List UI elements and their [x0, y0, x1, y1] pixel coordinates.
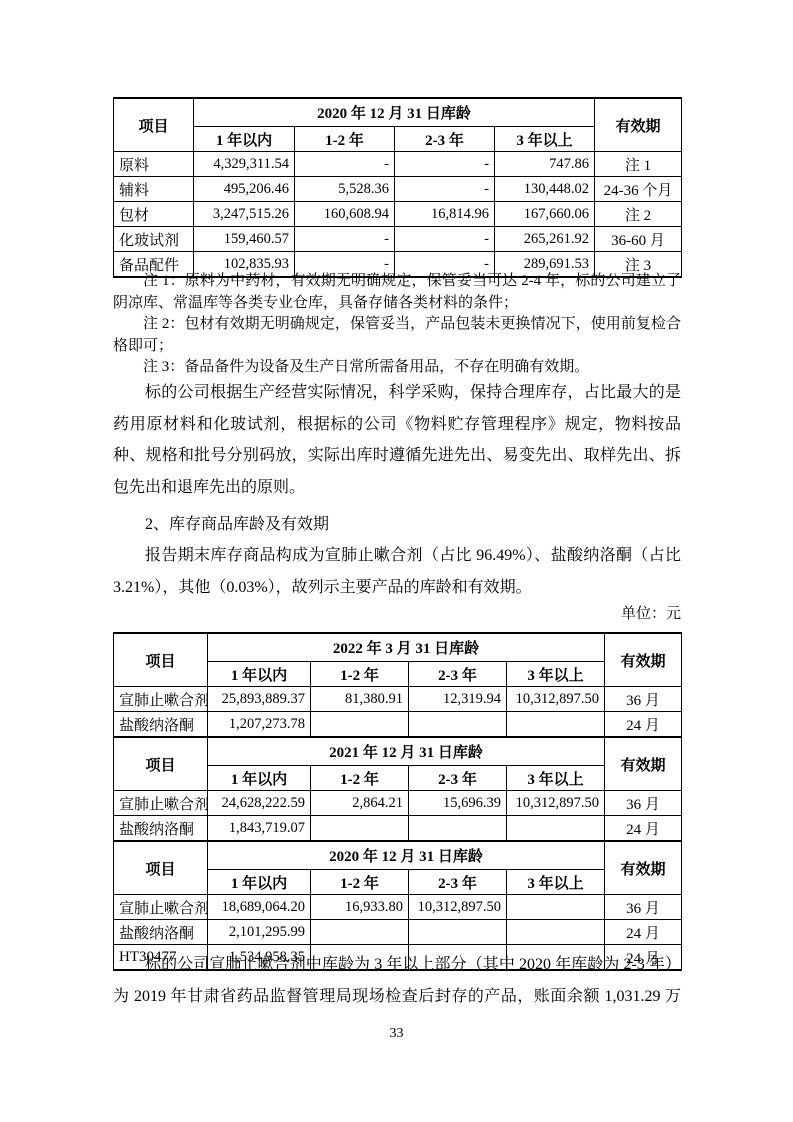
col-header-2-3y: 2-3 年 [409, 766, 507, 791]
amount-cell: 10,312,897.50 [409, 895, 507, 920]
amount-cell: - [295, 152, 395, 177]
row-label: 盐酸纳洛酮 [114, 816, 208, 842]
section-header-row: 项目 2022 年 3 月 31 日库龄 有效期 [114, 633, 682, 662]
page-number: 33 [0, 1026, 793, 1042]
amount-cell: 3,247,515.26 [194, 202, 295, 227]
amount-cell: 2,101,295.99 [208, 920, 311, 945]
amount-cell: 1,207,273.78 [208, 712, 311, 738]
section-heading: 2、库存商品库龄及有效期 [113, 511, 681, 534]
amount-cell: - [395, 177, 495, 202]
table-row: 盐酸纳洛酮 2,101,295.99 24 月 [114, 920, 682, 945]
amount-cell [311, 712, 409, 738]
col-header-age-title: 2020 年 12 月 31 日库龄 [194, 98, 595, 127]
table-row: 盐酸纳洛酮 1,843,719.07 24 月 [114, 816, 682, 842]
section-header-row: 项目 2020 年 12 月 31 日库龄 有效期 [114, 841, 682, 870]
row-label: 宣肺止嗽合剂 [114, 791, 208, 816]
amount-cell [311, 816, 409, 842]
amount-cell: - [395, 227, 495, 252]
col-header-item: 项目 [114, 633, 208, 687]
amount-cell: 25,893,889.37 [208, 687, 311, 712]
products-age-table: 项目 2022 年 3 月 31 日库龄 有效期 1 年以内 1-2 年 2-3… [113, 632, 682, 971]
validity-cell: 24 月 [605, 712, 682, 738]
amount-cell: 159,460.57 [194, 227, 295, 252]
validity-cell: 注 1 [595, 152, 682, 177]
table-row: 原料 4,329,311.54 - - 747.86 注 1 [114, 152, 682, 177]
amount-cell [409, 816, 507, 842]
note-3: 注 3：备品备件为设备及生产日常所需备用品，不存在明确有效期。 [113, 357, 681, 379]
amount-cell: 16,933.80 [311, 895, 409, 920]
paragraph-sealed-products: 标的公司宣肺止嗽合剂中库龄为 3 年以上部分（其中 2020 年库龄为 2-3 … [113, 949, 681, 1012]
materials-age-table: 项目 2020 年 12 月 31 日库龄 有效期 1 年以内 1-2 年 2-… [113, 97, 682, 278]
validity-cell: 36 月 [605, 895, 682, 920]
amount-cell: 10,312,897.50 [507, 687, 605, 712]
amount-cell [409, 920, 507, 945]
validity-cell: 36 月 [605, 687, 682, 712]
col-header-item: 项目 [114, 98, 194, 152]
validity-cell: 24-36 个月 [595, 177, 682, 202]
note-2: 注 2：包材有效期无明确规定，保管妥当，产品包装未更换情况下，使用前复检合格即可… [113, 314, 681, 357]
col-header-over-3y: 3 年以上 [507, 766, 605, 791]
table-row: 包材 3,247,515.26 160,608.94 16,814.96 167… [114, 202, 682, 227]
paragraph-composition: 报告期末库存商品构成为宣肺止嗽合剂（占比 96.49%）、盐酸纳洛酮（占比 3.… [113, 540, 681, 603]
amount-cell: 167,660.06 [495, 202, 595, 227]
col-header-1-2y: 1-2 年 [311, 766, 409, 791]
paragraph-sealed-products-wrap: 标的公司宣肺止嗽合剂中库龄为 3 年以上部分（其中 2020 年库龄为 2-3 … [113, 949, 681, 1012]
materials-age-table-wrap: 项目 2020 年 12 月 31 日库龄 有效期 1 年以内 1-2 年 2-… [113, 97, 681, 278]
validity-cell: 24 月 [605, 920, 682, 945]
amount-cell [311, 920, 409, 945]
col-header-validity: 有效期 [605, 633, 682, 687]
table-row: 宣肺止嗽合剂 18,689,064.20 16,933.80 10,312,89… [114, 895, 682, 920]
amount-cell: 1,843,719.07 [208, 816, 311, 842]
row-label: 盐酸纳洛酮 [114, 712, 208, 738]
row-label: 化玻试剂 [114, 227, 194, 252]
amount-cell: - [295, 227, 395, 252]
col-header-1-2y: 1-2 年 [311, 870, 409, 895]
amount-cell: 160,608.94 [295, 202, 395, 227]
col-header-item: 项目 [114, 737, 208, 791]
row-label: 盐酸纳洛酮 [114, 920, 208, 945]
validity-cell: 注 2 [595, 202, 682, 227]
col-header-over-3y: 3 年以上 [507, 662, 605, 687]
validity-cell: 24 月 [605, 816, 682, 842]
amount-cell: 16,814.96 [395, 202, 495, 227]
validity-cell: 36-60 月 [595, 227, 682, 252]
amount-cell: 12,319.94 [409, 687, 507, 712]
amount-cell: 5,528.36 [295, 177, 395, 202]
paragraph-storage-policy-wrap: 标的公司根据生产经营实际情况，科学采购，保持合理库存，占比最大的是药用原材料和化… [113, 377, 681, 503]
section-title-2020: 2020 年 12 月 31 日库龄 [208, 841, 605, 870]
paragraph-composition-wrap: 报告期末库存商品构成为宣肺止嗽合剂（占比 96.49%）、盐酸纳洛酮（占比 3.… [113, 540, 681, 603]
document-page: 项目 2020 年 12 月 31 日库龄 有效期 1 年以内 1-2 年 2-… [0, 0, 793, 1122]
amount-cell: 81,380.91 [311, 687, 409, 712]
row-label: 宣肺止嗽合剂 [114, 895, 208, 920]
col-header-2-3y: 2-3 年 [395, 127, 495, 152]
col-header-2-3y: 2-3 年 [409, 870, 507, 895]
section-title-2021: 2021 年 12 月 31 日库龄 [208, 737, 605, 766]
amount-cell: - [395, 152, 495, 177]
col-header-under-1y: 1 年以内 [208, 766, 311, 791]
col-header-under-1y: 1 年以内 [208, 662, 311, 687]
table-row: 宣肺止嗽合剂 24,628,222.59 2,864.21 15,696.39 … [114, 791, 682, 816]
amount-cell: 24,628,222.59 [208, 791, 311, 816]
amount-cell: 2,864.21 [311, 791, 409, 816]
row-label: 辅料 [114, 177, 194, 202]
amount-cell [507, 816, 605, 842]
col-header-over-3y: 3 年以上 [507, 870, 605, 895]
amount-cell: 15,696.39 [409, 791, 507, 816]
amount-cell: 747.86 [495, 152, 595, 177]
amount-cell [507, 920, 605, 945]
amount-cell: 4,329,311.54 [194, 152, 295, 177]
table-header-row: 项目 2020 年 12 月 31 日库龄 有效期 [114, 98, 682, 127]
table-notes: 注 1：原料为中药材，有效期无明确规定，保管妥当可达 2-4 年，标的公司建立了… [113, 271, 681, 379]
unit-label: 单位：元 [113, 602, 681, 623]
col-header-under-1y: 1 年以内 [194, 127, 295, 152]
col-header-validity: 有效期 [605, 841, 682, 895]
products-age-table-wrap: 项目 2022 年 3 月 31 日库龄 有效期 1 年以内 1-2 年 2-3… [113, 632, 681, 971]
amount-cell: 130,448.02 [495, 177, 595, 202]
table-row: 宣肺止嗽合剂 25,893,889.37 81,380.91 12,319.94… [114, 687, 682, 712]
col-header-validity: 有效期 [595, 98, 682, 152]
row-label: 原料 [114, 152, 194, 177]
amount-cell [409, 712, 507, 738]
row-label: 包材 [114, 202, 194, 227]
section-heading-wrap: 2、库存商品库龄及有效期 [113, 511, 681, 534]
col-header-item: 项目 [114, 841, 208, 895]
col-header-1-2y: 1-2 年 [311, 662, 409, 687]
section-title-2022: 2022 年 3 月 31 日库龄 [208, 633, 605, 662]
table-row: 盐酸纳洛酮 1,207,273.78 24 月 [114, 712, 682, 738]
table-row: 辅料 495,206.46 5,528.36 - 130,448.02 24-3… [114, 177, 682, 202]
amount-cell: 495,206.46 [194, 177, 295, 202]
amount-cell: 18,689,064.20 [208, 895, 311, 920]
section-header-row: 项目 2021 年 12 月 31 日库龄 有效期 [114, 737, 682, 766]
amount-cell: 265,261.92 [495, 227, 595, 252]
validity-cell: 36 月 [605, 791, 682, 816]
row-label: 宣肺止嗽合剂 [114, 687, 208, 712]
paragraph-storage-policy: 标的公司根据生产经营实际情况，科学采购，保持合理库存，占比最大的是药用原材料和化… [113, 377, 681, 503]
table-row: 化玻试剂 159,460.57 - - 265,261.92 36-60 月 [114, 227, 682, 252]
col-header-1-2y: 1-2 年 [295, 127, 395, 152]
col-header-under-1y: 1 年以内 [208, 870, 311, 895]
col-header-validity: 有效期 [605, 737, 682, 791]
amount-cell: 10,312,897.50 [507, 791, 605, 816]
note-1: 注 1：原料为中药材，有效期无明确规定，保管妥当可达 2-4 年，标的公司建立了… [113, 271, 681, 314]
amount-cell [507, 895, 605, 920]
col-header-2-3y: 2-3 年 [409, 662, 507, 687]
col-header-over-3y: 3 年以上 [495, 127, 595, 152]
amount-cell [507, 712, 605, 738]
